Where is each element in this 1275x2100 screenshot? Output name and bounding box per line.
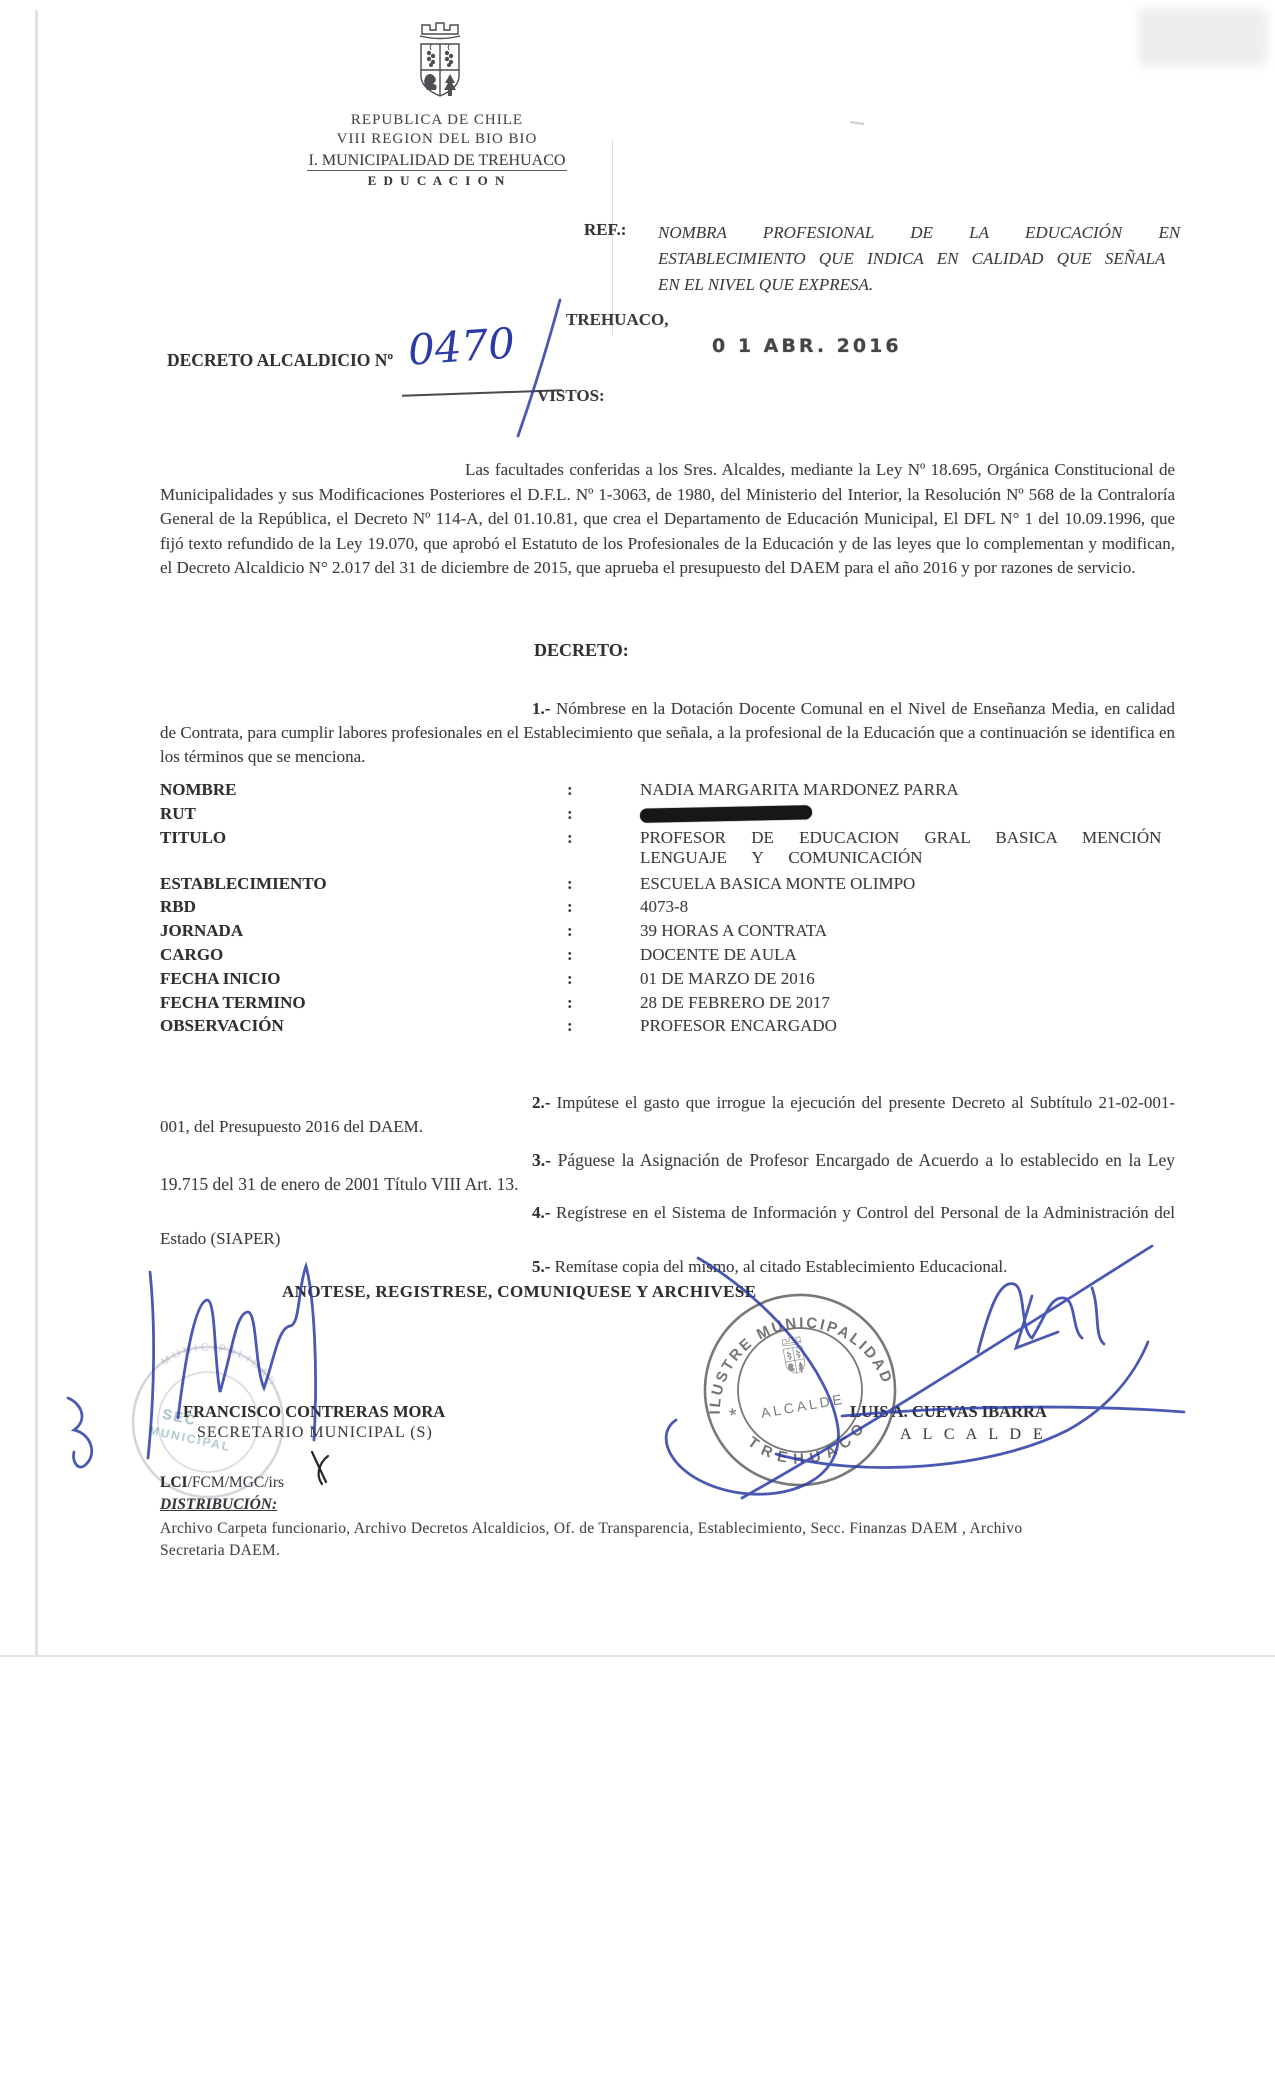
scanned-decree-page: REPUBLICA DE CHILE VIII REGION DEL BIO B… xyxy=(0,0,1275,2100)
item-3-text: Páguese la Asignación de Profesor Encarg… xyxy=(160,1150,1175,1194)
item-1-text: Nómbrese en la Dotación Docente Comunal … xyxy=(160,699,1175,766)
record-row-rut: RUT : xyxy=(160,804,1175,828)
clerk-initials: LCI/FCM/MGC/irs xyxy=(160,1474,284,1492)
decree-item-2: 2.- Impútese el gasto que irrogue la eje… xyxy=(160,1091,1175,1139)
record-colon: : xyxy=(567,993,640,1013)
record-value: NADIA MARGARITA MARDONEZ PARRA xyxy=(640,780,1175,800)
ref-line-3: EN EL NIVEL QUE EXPRESA. xyxy=(658,272,1192,298)
decree-number-handwritten: 0470 xyxy=(406,318,516,374)
date-stamp: 0 1 ABR. 2016 xyxy=(712,335,902,357)
item-5-text: Remítase copia del mismo, al citado Esta… xyxy=(555,1257,1008,1276)
item-5-number: 5.- xyxy=(532,1257,550,1276)
ref-label: REF.: xyxy=(584,220,626,240)
place-line: TREHUACO, xyxy=(566,310,668,330)
distribution-text: Archivo Carpeta funcionario, Archivo Dec… xyxy=(160,1518,1090,1562)
record-value: PROFESOR ENCARGADO xyxy=(640,1016,1175,1036)
secretary-name: FRANCISCO CONTRERAS MORA xyxy=(183,1402,445,1422)
header-department: E D U C A C I O N xyxy=(287,173,587,189)
record-colon: : xyxy=(567,804,640,824)
distribution-label: DISTRIBUCIÓN: xyxy=(160,1496,277,1514)
record-label: CARGO xyxy=(160,945,567,965)
item-4-number: 4.- xyxy=(532,1203,550,1222)
decree-number-label: DECRETO ALCALDICIO Nº xyxy=(167,350,393,371)
decree-item-5: 5.- Remítase copia del mismo, al citado … xyxy=(160,1255,1175,1279)
record-colon: : xyxy=(567,945,640,965)
coat-of-arms-icon xyxy=(408,14,472,102)
decree-item-3: 3.- Páguese la Asignación de Profesor En… xyxy=(160,1148,1175,1196)
mayor-round-stamp: ILUSTRE MUNICIPALIDAD TREHUACO ALCALDE * xyxy=(684,1274,916,1506)
svg-text:TREHUACO: TREHUACO xyxy=(743,1413,878,1478)
vistos-paragraph: Las facultades conferidas a los Sres. Al… xyxy=(160,458,1175,581)
decreto-heading: DECRETO: xyxy=(534,640,629,661)
header-region: VIII REGION DEL BIO BIO xyxy=(287,131,587,148)
closing-formula: ANOTESE, REGISTRESE, COMUNIQUESE Y ARCHI… xyxy=(282,1282,757,1302)
vistos-heading: VISTOS: xyxy=(537,386,605,406)
record-value: ESCUELA BASICA MONTE OLIMPO xyxy=(640,874,1175,894)
record-row-nombre: NOMBRE : NADIA MARGARITA MARDONEZ PARRA xyxy=(160,780,1175,804)
stamp-star: * xyxy=(728,1404,740,1427)
clerk-initials-rest: /FCM/MGC/irs xyxy=(188,1474,284,1491)
record-row-observacion: OBSERVACIÓN : PROFESOR ENCARGADO xyxy=(160,1016,1175,1040)
ref-line-2: ESTABLECIMIENTO QUE INDICA EN CALIDAD QU… xyxy=(658,246,1192,272)
decree-item-4: 4.- Regístrese en el Sistema de Informac… xyxy=(160,1200,1175,1252)
clerk-initials-bold: LCI xyxy=(160,1474,188,1491)
record-colon: : xyxy=(567,874,640,894)
record-colon: : xyxy=(567,780,640,800)
item-3-number: 3.- xyxy=(532,1150,551,1170)
record-colon: : xyxy=(567,897,640,917)
record-row-cargo: CARGO : DOCENTE DE AULA xyxy=(160,945,1175,969)
record-colon: : xyxy=(567,828,640,848)
stamp-middle-text: ALCALDE xyxy=(760,1391,846,1421)
record-colon: : xyxy=(567,921,640,941)
pen-strokes-black xyxy=(312,1452,328,1484)
record-value: 39 HORAS A CONTRATA xyxy=(640,921,1175,941)
record-value: DOCENTE DE AULA xyxy=(640,945,1175,965)
record-label: FECHA TERMINO xyxy=(160,993,567,1013)
record-value: 4073-8 xyxy=(640,897,1175,917)
record-value-redacted xyxy=(640,804,1175,826)
record-label: FECHA INICIO xyxy=(160,969,567,989)
record-row-rbd: RBD : 4073-8 xyxy=(160,897,1175,921)
stamp-arc-bottom-text: TREHUACO xyxy=(743,1413,878,1478)
secretary-title: SECRETARIO MUNICIPAL (S) xyxy=(197,1424,433,1442)
header-country: REPUBLICA DE CHILE xyxy=(287,112,587,129)
record-value: PROFESOR DE EDUCACION GRAL BASICA MENCIÓ… xyxy=(640,828,1175,868)
scan-edge-bottom xyxy=(0,1655,1275,1657)
mayor-title: A L C A L D E xyxy=(900,1426,1047,1444)
record-row-jornada: JORNADA : 39 HORAS A CONTRATA xyxy=(160,921,1175,945)
record-label: OBSERVACIÓN xyxy=(160,1016,567,1036)
item-2-text: Impútese el gasto que irrogue la ejecuci… xyxy=(160,1093,1175,1136)
decree-number-slash xyxy=(518,300,560,436)
record-value: 01 DE MARZO DE 2016 xyxy=(640,969,1175,989)
record-label: NOMBRE xyxy=(160,780,567,800)
record-row-titulo: TITULO : PROFESOR DE EDUCACION GRAL BASI… xyxy=(160,828,1175,868)
ref-line-1: NOMBRA PROFESIONAL DE LA EDUCACIÓN EN xyxy=(658,220,1192,246)
record-value: 28 DE FEBRERO DE 2017 xyxy=(640,993,1175,1013)
item-1-number: 1.- xyxy=(532,699,550,718)
item-4-text: Regístrese en el Sistema de Información … xyxy=(160,1203,1175,1248)
decree-item-1: 1.- Nómbrese en la Dotación Docente Comu… xyxy=(160,697,1175,769)
record-label: TITULO xyxy=(160,828,567,848)
record-row-fecha-termino: FECHA TERMINO : 28 DE FEBRERO DE 2017 xyxy=(160,993,1175,1017)
scan-corner-smudge xyxy=(1138,8,1268,66)
header-municipality: I. MUNICIPALIDAD DE TREHUACO xyxy=(287,152,587,170)
record-label: ESTABLECIMIENTO xyxy=(160,874,567,894)
record-label: RBD xyxy=(160,897,567,917)
scan-edge-left xyxy=(35,10,38,1655)
header-municipality-text: I. MUNICIPALIDAD DE TREHUACO xyxy=(307,152,568,171)
rut-redaction-bar xyxy=(640,805,812,823)
record-colon: : xyxy=(567,1016,640,1036)
item-2-number: 2.- xyxy=(532,1093,550,1112)
ref-text: NOMBRA PROFESIONAL DE LA EDUCACIÓN EN ES… xyxy=(658,220,1192,298)
record-colon: : xyxy=(567,969,640,989)
appointment-record: NOMBRE : NADIA MARGARITA MARDONEZ PARRA … xyxy=(160,780,1175,1040)
record-row-establecimiento: ESTABLECIMIENTO : ESCUELA BASICA MONTE O… xyxy=(160,874,1175,898)
scan-mark xyxy=(850,121,864,125)
record-label: JORNADA xyxy=(160,921,567,941)
record-row-fecha-inicio: FECHA INICIO : 01 DE MARZO DE 2016 xyxy=(160,969,1175,993)
record-label: RUT xyxy=(160,804,567,824)
